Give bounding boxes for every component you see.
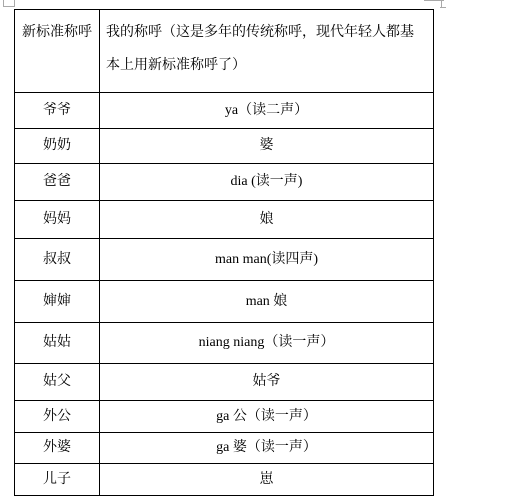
- cell-my-term: man 娘: [100, 281, 434, 323]
- cell-my-term: man man(读四声): [100, 239, 434, 281]
- cell-standard-term: 叔叔: [15, 239, 100, 281]
- cell-standard-term: 婶婶: [15, 281, 100, 323]
- cell-my-term: 娘: [100, 201, 434, 239]
- cell-my-term: niang niang（读一声）: [100, 323, 434, 364]
- table-row: 叔叔 man man(读四声): [15, 239, 434, 281]
- cell-my-term: 崽: [100, 464, 434, 496]
- kinship-terms-table: 新标准称呼 我的称呼（这是多年的传统称呼，现代年轻人都基 本上用新标准称呼了） …: [14, 9, 434, 496]
- table-row: 妈妈 娘: [15, 201, 434, 239]
- cell-standard-term: 外公: [15, 401, 100, 433]
- cell-standard-term: 儿子: [15, 464, 100, 496]
- cell-my-term: 婆: [100, 129, 434, 164]
- column-header-standard-term: 新标准称呼: [15, 10, 100, 93]
- cell-standard-term: 爷爷: [15, 93, 100, 129]
- cell-standard-term: 姑姑: [15, 323, 100, 364]
- table-row: 姑父 姑爷: [15, 364, 434, 401]
- column-header-my-term: 我的称呼（这是多年的传统称呼，现代年轻人都基 本上用新标准称呼了）: [100, 10, 434, 93]
- artifact-line: [424, 0, 444, 1]
- table-row: 奶奶 婆: [15, 129, 434, 164]
- table-row: 姑姑 niang niang（读一声）: [15, 323, 434, 364]
- artifact-line: [441, 0, 442, 8]
- cell-standard-term: 爸爸: [15, 164, 100, 201]
- table-row: 婶婶 man 娘: [15, 281, 434, 323]
- table-header-row: 新标准称呼 我的称呼（这是多年的传统称呼，现代年轻人都基 本上用新标准称呼了）: [15, 10, 434, 93]
- cell-standard-term: 外婆: [15, 433, 100, 464]
- cell-my-term: ga 公（读一声）: [100, 401, 434, 433]
- cell-my-term: ya（读二声）: [100, 93, 434, 129]
- cell-my-term: dia (读一声): [100, 164, 434, 201]
- cell-my-term: 姑爷: [100, 364, 434, 401]
- cell-standard-term: 妈妈: [15, 201, 100, 239]
- table-row: 爷爷 ya（读二声）: [15, 93, 434, 129]
- table-row: 儿子 崽: [15, 464, 434, 496]
- cell-my-term: ga 婆（读一声）: [100, 433, 434, 464]
- header-note-line1: 我的称呼（这是多年的传统称呼，现代年轻人都基: [106, 16, 429, 49]
- table-row: 外公 ga 公（读一声）: [15, 401, 434, 433]
- artifact-line: [440, 7, 446, 8]
- table-row: 爸爸 dia (读一声): [15, 164, 434, 201]
- header-note-line2: 本上用新标准称呼了）: [106, 49, 429, 82]
- table-move-handle-icon: [3, 0, 15, 7]
- table-row: 外婆 ga 婆（读一声）: [15, 433, 434, 464]
- cell-standard-term: 奶奶: [15, 129, 100, 164]
- cell-standard-term: 姑父: [15, 364, 100, 401]
